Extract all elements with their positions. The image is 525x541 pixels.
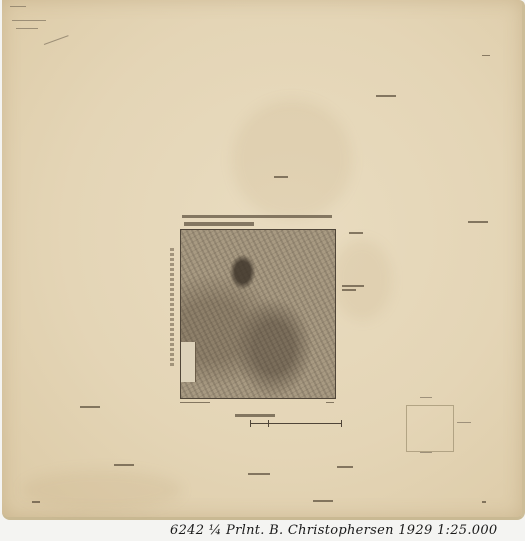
- handwritten-annotation: [12, 20, 46, 21]
- place-label: [468, 221, 488, 223]
- place-label: [248, 473, 270, 475]
- place-label: [274, 176, 288, 178]
- place-label: [32, 501, 40, 503]
- place-label: [114, 464, 134, 466]
- inset-side-label: [170, 248, 174, 368]
- scale-label: [235, 414, 275, 417]
- place-label: [337, 466, 353, 468]
- paper-stain: [232, 100, 352, 220]
- place-label: [342, 285, 364, 287]
- inset-title: [184, 222, 254, 226]
- inset-footer-label: [180, 402, 210, 403]
- inset-footer-label: [326, 402, 334, 403]
- handwritten-annotation: [420, 452, 432, 453]
- inset-title-line: [182, 215, 332, 218]
- place-label: [80, 406, 100, 408]
- scale-bar: [250, 423, 342, 424]
- place-label: [376, 95, 396, 97]
- map-sheet: [2, 0, 525, 520]
- handwritten-annotation: [16, 28, 38, 29]
- place-label: [349, 232, 363, 234]
- handwritten-annotation: [44, 35, 69, 45]
- place-label: [313, 500, 333, 502]
- paper-stain: [22, 470, 182, 510]
- sheet-caption: 6242 ¼ Prlnt. B. Christophersen 1929 1:2…: [170, 523, 498, 538]
- handwritten-annotation: [420, 397, 432, 398]
- place-label: [482, 501, 486, 503]
- inset-map: [180, 229, 336, 399]
- handwritten-annotation: [10, 6, 26, 7]
- place-label: [342, 289, 356, 291]
- handwritten-annotation: [457, 422, 471, 423]
- paper-stain: [332, 240, 392, 320]
- lake-area: [181, 342, 196, 382]
- pencil-outline-box: [406, 405, 454, 452]
- margin-tick: [482, 55, 490, 56]
